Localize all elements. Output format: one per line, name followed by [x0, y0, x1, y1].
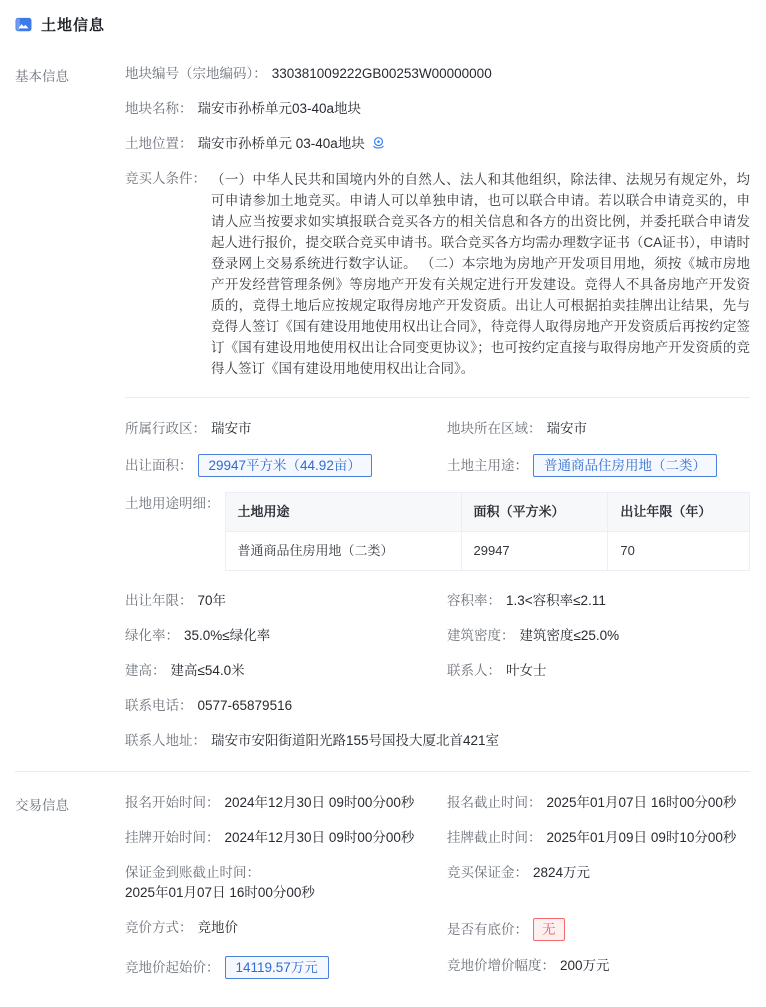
transfer-years-value: 70年	[198, 593, 227, 608]
section-divider	[125, 397, 750, 398]
contact-address-value: 瑞安市安阳街道阳光路155号国投大厦北首421室	[211, 733, 499, 748]
row-area-use: 出让面积：29947平方米（44.92亩） 土地主用途：普通商品住房用地（二类）	[125, 454, 750, 492]
parcel-region-value: 瑞安市	[547, 421, 588, 436]
field-land-use-detail: 土地用途明细： 土地用途 面积（平方米） 出让年限（年） 普通商品住房用地（二类…	[125, 492, 750, 571]
contact-phone-label: 联系电话：	[125, 698, 193, 713]
field-main-use: 土地主用途：普通商品住房用地（二类）	[447, 454, 750, 477]
trade-info-content: 报名开始时间：2024年12月30日 09时00分00秒 报名截止时间：2025…	[125, 793, 750, 983]
field-building-height: 建高：建高≤54.0米	[125, 661, 447, 681]
contact-person-label: 联系人：	[447, 663, 501, 678]
row-years-ratio: 出让年限：70年 容积率：1.3<容积率≤2.11	[125, 591, 750, 626]
cell-land-use: 普通商品住房用地（二类）	[225, 532, 461, 571]
field-contact-address: 联系人地址：瑞安市安阳街道阳光路155号国投大厦北首421室	[125, 731, 750, 751]
field-green-ratio: 绿化率：35.0%≤绿化率	[125, 626, 447, 646]
field-transfer-area: 出让面积：29947平方米（44.92亩）	[125, 454, 447, 477]
field-bidder-conditions: 竞买人条件： （一）中华人民共和国境内外的自然人、法人和其他组织，除法律、法规另…	[125, 169, 750, 379]
row-region: 所属行政区：瑞安市 地块所在区域：瑞安市	[125, 419, 750, 454]
signup-end-value: 2025年01月07日 16时00分00秒	[547, 795, 737, 810]
starting-price-label: 竞地价起始价：	[125, 960, 220, 975]
field-listing-start: 挂牌开始时间：2024年12月30日 09时00分00秒	[125, 828, 447, 848]
listing-start-label: 挂牌开始时间：	[125, 830, 220, 845]
bidder-conditions-value: （一）中华人民共和国境内外的自然人、法人和其他组织，除法律、法规另有规定外，均可…	[211, 169, 750, 379]
green-ratio-label: 绿化率：	[125, 628, 179, 643]
field-starting-price: 竞地价起始价：14119.57万元	[125, 956, 447, 979]
row-bid-method: 竞价方式：竞地价 是否有底价：无	[125, 918, 750, 956]
field-signup-end: 报名截止时间：2025年01月07日 16时00分00秒	[447, 793, 750, 813]
signup-end-label: 报名截止时间：	[447, 795, 542, 810]
parcel-name-value: 瑞安市孙桥单元03-40a地块	[198, 101, 362, 116]
contact-phone-value: 0577-65879516	[198, 698, 293, 713]
listing-end-value: 2025年01月09日 09时10分00秒	[547, 830, 737, 845]
price-increment-value: 200万元	[560, 958, 610, 973]
building-height-value: 建高≤54.0米	[171, 663, 245, 678]
field-admin-region: 所属行政区：瑞安市	[125, 419, 447, 439]
row-signup-time: 报名开始时间：2024年12月30日 09时00分00秒 报名截止时间：2025…	[125, 793, 750, 828]
land-location-value: 瑞安市孙桥单元 03-40a地块	[198, 136, 365, 151]
basic-info-section-label: 基本信息	[15, 64, 125, 757]
bid-deposit-label: 竞买保证金：	[447, 865, 528, 880]
land-use-detail-table: 土地用途 面积（平方米） 出让年限（年） 普通商品住房用地（二类） 29947 …	[225, 492, 751, 571]
table-row: 普通商品住房用地（二类） 29947 70	[225, 532, 750, 571]
land-location-label: 土地位置：	[125, 136, 193, 151]
has-reserve-price-label: 是否有底价：	[447, 922, 528, 937]
field-signup-start: 报名开始时间：2024年12月30日 09时00分00秒	[125, 793, 447, 813]
field-parcel-no: 地块编号（宗地编码）：330381009222GB00253W00000000	[125, 64, 750, 84]
page-title: 土地信息	[41, 14, 105, 35]
bid-deposit-value: 2824万元	[533, 865, 590, 880]
field-contact-person: 联系人：叶女士	[447, 661, 750, 681]
plot-ratio-label: 容积率：	[447, 593, 501, 608]
cell-years: 70	[608, 532, 750, 571]
field-bidding-method: 竞价方式：竞地价	[125, 918, 447, 941]
deposit-deadline-value: 2025年01月07日 16时00分00秒	[125, 885, 315, 900]
transfer-years-label: 出让年限：	[125, 593, 193, 608]
row-deposit: 保证金到账截止时间：2025年01月07日 16时00分00秒 竞买保证金：28…	[125, 863, 750, 918]
field-plot-ratio: 容积率：1.3<容积率≤2.11	[447, 591, 750, 611]
field-bid-deposit: 竞买保证金：2824万元	[447, 863, 750, 903]
table-header-row: 土地用途 面积（平方米） 出让年限（年）	[225, 493, 750, 532]
field-transfer-years: 出让年限：70年	[125, 591, 447, 611]
cell-area: 29947	[461, 532, 608, 571]
main-use-label: 土地主用途：	[447, 458, 528, 473]
parcel-no-label: 地块编号（宗地编码）：	[125, 66, 267, 81]
trade-info-section-label: 交易信息	[15, 793, 125, 983]
basic-info-section: 基本信息 地块编号（宗地编码）：330381009222GB00253W0000…	[15, 64, 750, 757]
listing-end-label: 挂牌截止时间：	[447, 830, 542, 845]
bidding-method-label: 竞价方式：	[125, 920, 193, 935]
field-deposit-deadline: 保证金到账截止时间：2025年01月07日 16时00分00秒	[125, 863, 447, 903]
bidding-method-value: 竞地价	[198, 920, 239, 935]
building-density-value: 建筑密度≤25.0%	[520, 628, 620, 643]
contact-address-label: 联系人地址：	[125, 733, 206, 748]
page-header: 土地信息	[0, 0, 766, 35]
parcel-region-label: 地块所在区域：	[447, 421, 542, 436]
row-height-contact: 建高：建高≤54.0米 联系人：叶女士	[125, 661, 750, 696]
field-land-location: 土地位置：瑞安市孙桥单元 03-40a地块	[125, 134, 750, 154]
land-image-icon	[15, 16, 32, 33]
field-parcel-region: 地块所在区域：瑞安市	[447, 419, 750, 439]
parcel-name-label: 地块名称：	[125, 101, 193, 116]
field-listing-end: 挂牌截止时间：2025年01月09日 09时10分00秒	[447, 828, 750, 848]
transfer-area-label: 出让面积：	[125, 458, 193, 473]
field-contact-phone: 联系电话：0577-65879516	[125, 696, 750, 716]
admin-region-value: 瑞安市	[211, 421, 252, 436]
building-height-label: 建高：	[125, 663, 166, 678]
table-header-years: 出让年限（年）	[608, 493, 750, 532]
contact-person-value: 叶女士	[506, 663, 547, 678]
main-use-tag: 普通商品住房用地（二类）	[533, 454, 717, 477]
field-price-increment: 竞地价增价幅度：200万元	[447, 956, 750, 979]
plot-ratio-value: 1.3<容积率≤2.11	[506, 593, 606, 608]
signup-start-label: 报名开始时间：	[125, 795, 220, 810]
admin-region-label: 所属行政区：	[125, 421, 206, 436]
green-ratio-value: 35.0%≤绿化率	[184, 628, 270, 643]
basic-info-content: 地块编号（宗地编码）：330381009222GB00253W00000000 …	[125, 64, 750, 757]
table-header-land-use: 土地用途	[225, 493, 461, 532]
price-increment-label: 竞地价增价幅度：	[447, 958, 555, 973]
field-has-reserve-price: 是否有底价：无	[447, 918, 750, 941]
row-green-density: 绿化率：35.0%≤绿化率 建筑密度：建筑密度≤25.0%	[125, 626, 750, 661]
building-density-label: 建筑密度：	[447, 628, 515, 643]
location-pin-icon[interactable]	[371, 136, 386, 151]
table-header-area: 面积（平方米）	[461, 493, 608, 532]
has-reserve-price-tag: 无	[533, 918, 565, 941]
signup-start-value: 2024年12月30日 09时00分00秒	[225, 795, 415, 810]
row-start-price: 竞地价起始价：14119.57万元 竞地价增价幅度：200万元	[125, 956, 750, 983]
parcel-no-value: 330381009222GB00253W00000000	[272, 66, 492, 81]
land-info-page: 土地信息 基本信息 地块编号（宗地编码）：330381009222GB00253…	[0, 0, 766, 1007]
field-parcel-name: 地块名称：瑞安市孙桥单元03-40a地块	[125, 99, 750, 119]
listing-start-value: 2024年12月30日 09时00分00秒	[225, 830, 415, 845]
trade-info-section: 交易信息 报名开始时间：2024年12月30日 09时00分00秒 报名截止时间…	[15, 771, 750, 983]
row-listing-time: 挂牌开始时间：2024年12月30日 09时00分00秒 挂牌截止时间：2025…	[125, 828, 750, 863]
starting-price-tag: 14119.57万元	[225, 956, 329, 979]
field-building-density: 建筑密度：建筑密度≤25.0%	[447, 626, 750, 646]
bidder-conditions-label: 竞买人条件：	[125, 169, 206, 379]
transfer-area-tag: 29947平方米（44.92亩）	[198, 454, 372, 477]
land-use-detail-label: 土地用途明细：	[125, 492, 220, 571]
deposit-deadline-label: 保证金到账截止时间：	[125, 865, 260, 880]
